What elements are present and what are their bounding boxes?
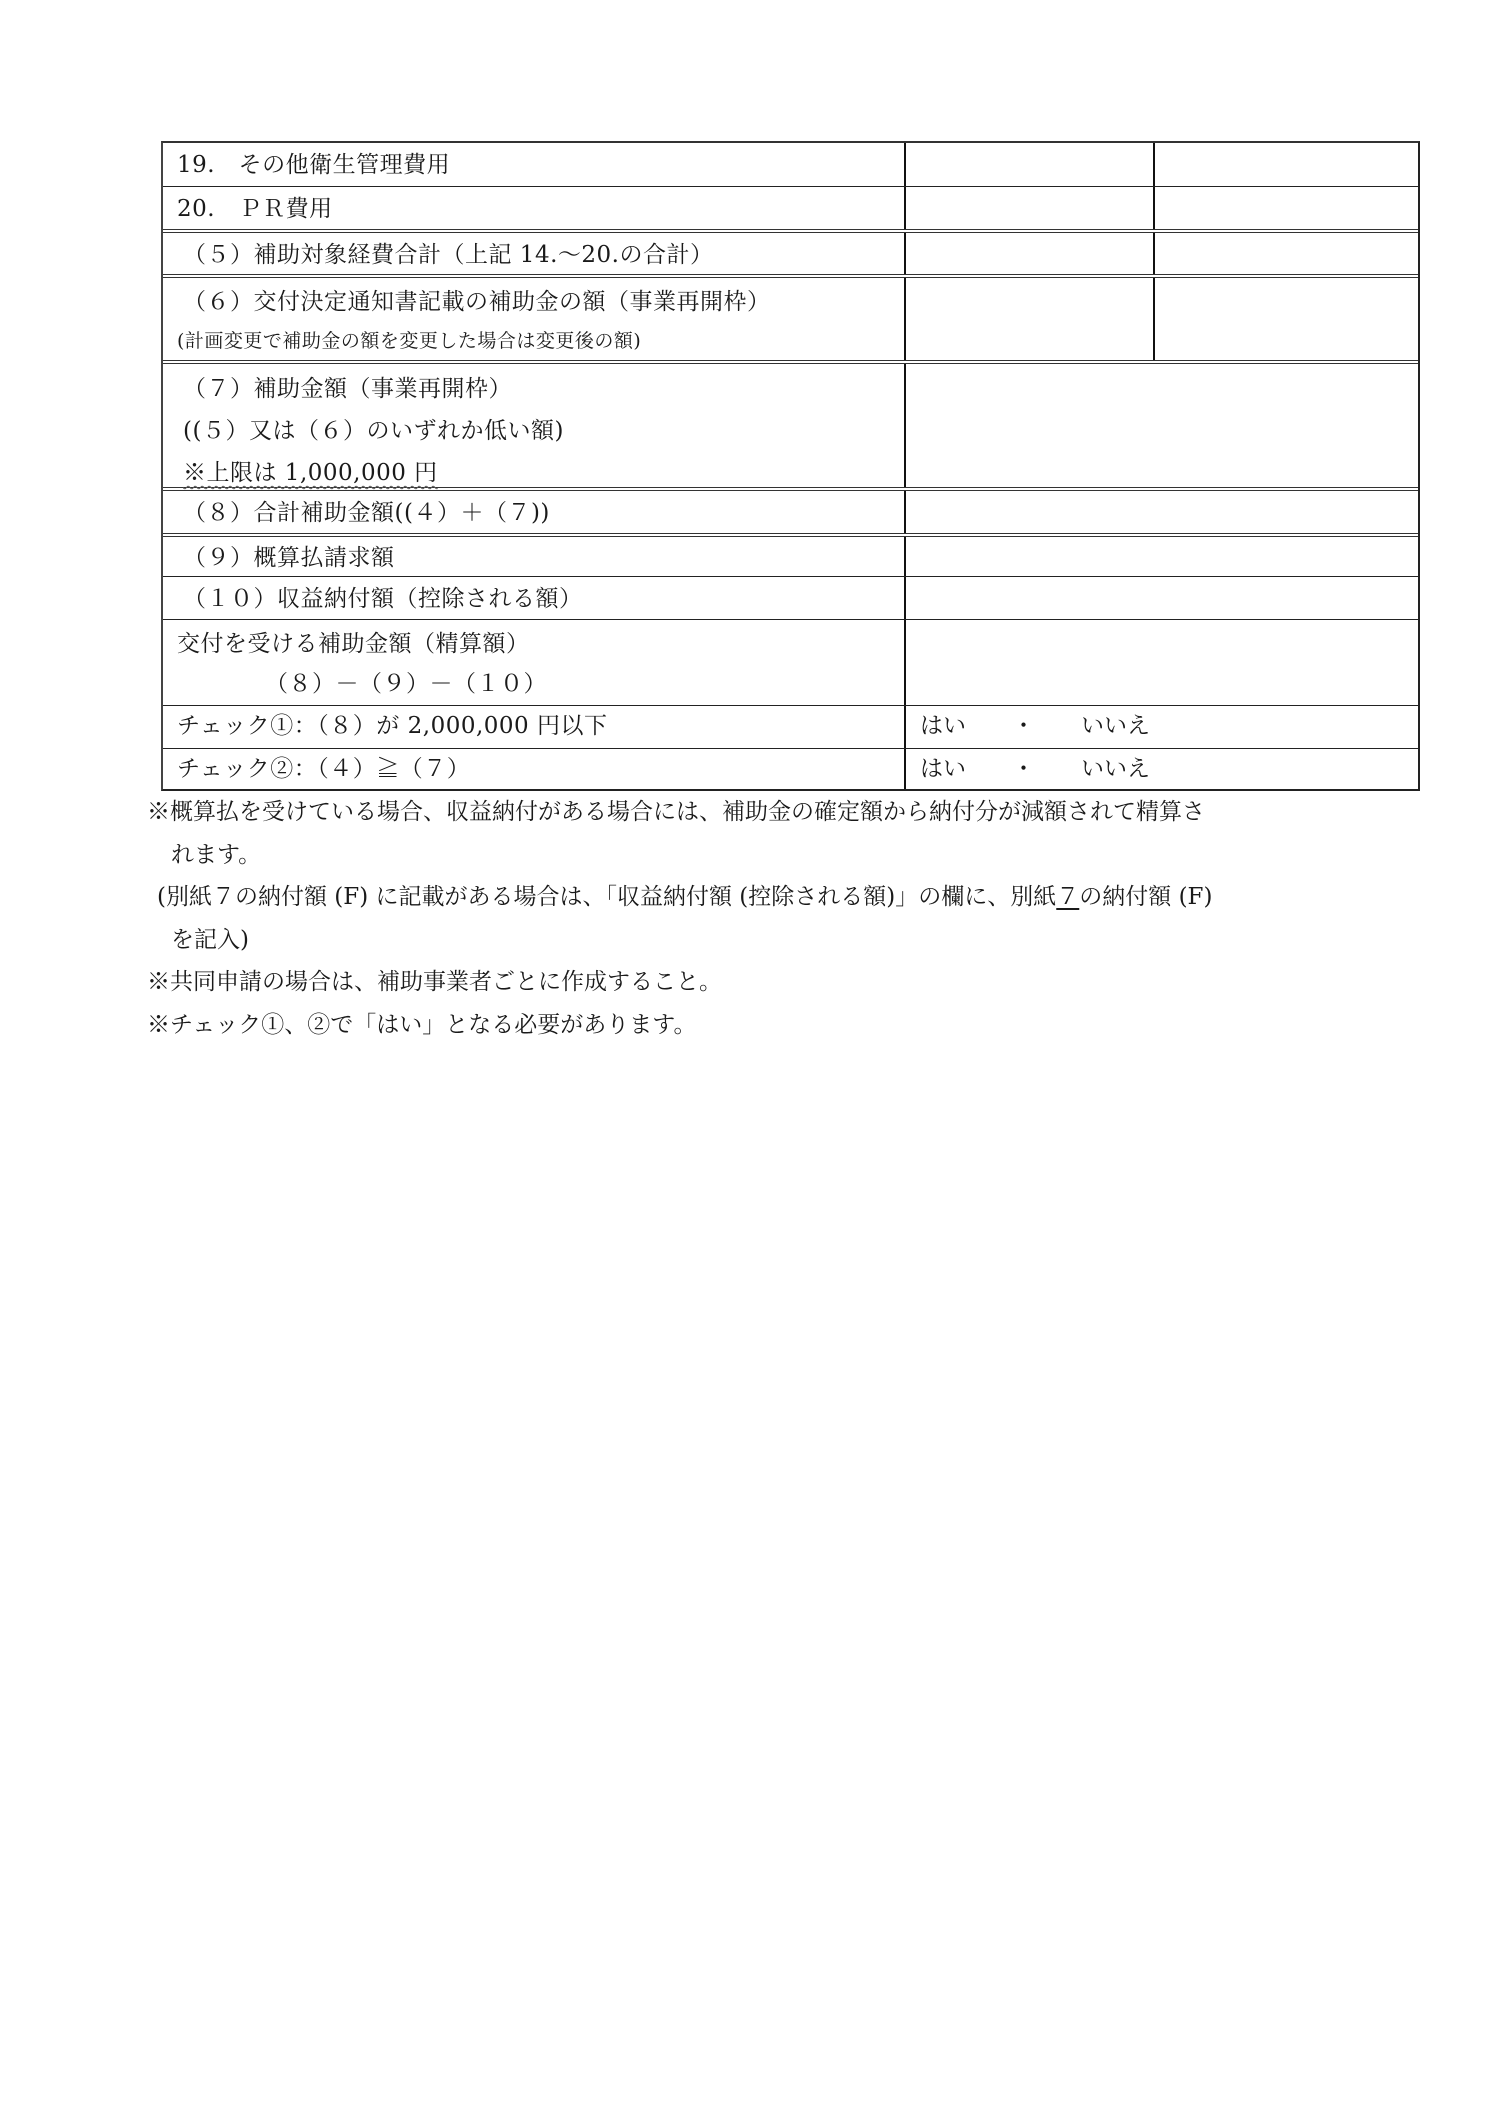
row-label: チェック②：（４）≧（７）: [177, 749, 904, 789]
row-label-cell: （８）合計補助金額((４）＋（７)): [163, 491, 906, 533]
row-formula: （８）－（９）－（１０）: [177, 664, 904, 704]
note-advance-payment-cont: れます。: [147, 834, 1407, 877]
table-row-6-grant-decision-amount: （６）交付決定通知書記載の補助金の額（事業再開枠） (計画変更で補助金の額を変更…: [163, 274, 1418, 360]
no-option[interactable]: いいえ: [1081, 749, 1150, 789]
upper-limit-note: ※上限は 1,000,000 円: [177, 452, 904, 494]
document-page: 19. その他衛生管理費用 20. ＰＲ費用 （５）補助対象経費合計（上記 14…: [0, 0, 1488, 2104]
row-label: チェック①：（８）が 2,000,000 円以下: [177, 706, 904, 746]
row-label: 交付を受ける補助金額（精算額）: [177, 624, 904, 664]
row-label-cell: 19. その他衛生管理費用: [163, 143, 906, 186]
row-label: （６）交付決定通知書記載の補助金の額（事業再開枠）: [177, 282, 904, 322]
row-label-cell: （６）交付決定通知書記載の補助金の額（事業再開枠） (計画変更で補助金の額を変更…: [163, 278, 906, 360]
notes-section: ※概算払を受けている場合、収益納付がある場合には、補助金の確定額から納付分が減額…: [147, 791, 1407, 1046]
table-row-20: 20. ＰＲ費用: [163, 186, 1418, 229]
amount-cell[interactable]: [906, 577, 1418, 619]
note-attachment-7: (別紙７の納付額 (F) に記載がある場合は、「収益納付額 (控除される額)」の…: [147, 876, 1407, 919]
amount-cell-b[interactable]: [1155, 233, 1418, 274]
row-label-cell: （１０）収益納付額（控除される額）: [163, 577, 906, 619]
row-label-cell: 20. ＰＲ費用: [163, 187, 906, 229]
row-label-cell: （５）補助対象経費合計（上記 14.～20.の合計）: [163, 233, 906, 274]
amount-cell[interactable]: [906, 537, 1418, 576]
table-row-check-1: チェック①：（８）が 2,000,000 円以下 はい・いいえ: [163, 705, 1418, 748]
no-option[interactable]: いいえ: [1081, 706, 1150, 746]
subsidy-calculation-table: 19. その他衛生管理費用 20. ＰＲ費用 （５）補助対象経費合計（上記 14…: [161, 141, 1420, 791]
row-label-cell: チェック①：（８）が 2,000,000 円以下: [163, 706, 906, 748]
row-label: （８）合計補助金額((４）＋（７)): [177, 495, 904, 531]
amount-cell-a[interactable]: [906, 143, 1155, 186]
amount-cell-a[interactable]: [906, 187, 1155, 229]
row-label-cell: （９）概算払請求額: [163, 537, 906, 576]
note-text: の納付額 (F): [1079, 884, 1212, 910]
amount-cell-a[interactable]: [906, 233, 1155, 274]
separator-dot: ・: [1012, 749, 1035, 789]
yes-option[interactable]: はい: [920, 749, 966, 789]
amount-cell-b[interactable]: [1155, 187, 1418, 229]
table-row-check-2: チェック②：（４）≧（７） はい・いいえ: [163, 748, 1418, 789]
row-label: 19. その他衛生管理費用: [177, 147, 904, 183]
amount-cell-a[interactable]: [906, 278, 1155, 360]
note-attachment-7-cont: を記入): [147, 919, 1407, 962]
underlined-number: ７: [1056, 884, 1079, 910]
row-label: （５）補助対象経費合計（上記 14.～20.の合計）: [177, 237, 904, 273]
table-row-19: 19. その他衛生管理費用: [163, 143, 1418, 186]
amount-cell[interactable]: [906, 364, 1418, 487]
amount-cell[interactable]: [906, 491, 1418, 533]
table-row-9-advance-payment: （９）概算払請求額: [163, 533, 1418, 576]
table-row-final-settlement: 交付を受ける補助金額（精算額） （８）－（９）－（１０）: [163, 619, 1418, 705]
row-label-cell: 交付を受ける補助金額（精算額） （８）－（９）－（１０）: [163, 620, 906, 705]
row-sublabel: (計画変更で補助金の額を変更した場合は変更後の額): [177, 322, 904, 360]
row-label-cell: （７）補助金額（事業再開枠） ((５）又は（６）のいずれか低い額) ※上限は 1…: [163, 364, 906, 487]
row-label: （７）補助金額（事業再開枠）: [177, 368, 904, 410]
note-check-requirement: ※チェック①、②で「はい」となる必要があります。: [147, 1004, 1407, 1047]
row-label: （１０）収益納付額（控除される額）: [177, 581, 904, 617]
row-label: （９）概算払請求額: [177, 541, 904, 575]
upper-limit-text: ※上限は 1,000,000 円: [183, 460, 438, 486]
note-advance-payment: ※概算払を受けている場合、収益納付がある場合には、補助金の確定額から納付分が減額…: [147, 791, 1407, 834]
yes-no-choice: はい・いいえ: [906, 706, 1418, 748]
row-label: 20. ＰＲ費用: [177, 191, 904, 227]
note-text: (別紙７の納付額 (F) に記載がある場合は、「収益納付額 (控除される額)」の…: [157, 884, 1056, 910]
amount-cell-b[interactable]: [1155, 143, 1418, 186]
yes-no-choice: はい・いいえ: [906, 749, 1418, 789]
amount-cell-b[interactable]: [1155, 278, 1418, 360]
amount-cell[interactable]: [906, 620, 1418, 705]
separator-dot: ・: [1012, 706, 1035, 746]
row-label-line2: ((５）又は（６）のいずれか低い額): [177, 410, 904, 452]
note-joint-application: ※共同申請の場合は、補助事業者ごとに作成すること。: [147, 961, 1407, 1004]
table-row-5-total-eligible-costs: （５）補助対象経費合計（上記 14.～20.の合計）: [163, 229, 1418, 274]
table-row-10-revenue-payment: （１０）収益納付額（控除される額）: [163, 576, 1418, 619]
row-label-cell: チェック②：（４）≧（７）: [163, 749, 906, 789]
yes-option[interactable]: はい: [920, 706, 966, 746]
table-row-7-subsidy-amount: （７）補助金額（事業再開枠） ((５）又は（６）のいずれか低い額) ※上限は 1…: [163, 360, 1418, 487]
table-row-8-total-subsidy: （８）合計補助金額((４）＋（７)): [163, 487, 1418, 533]
